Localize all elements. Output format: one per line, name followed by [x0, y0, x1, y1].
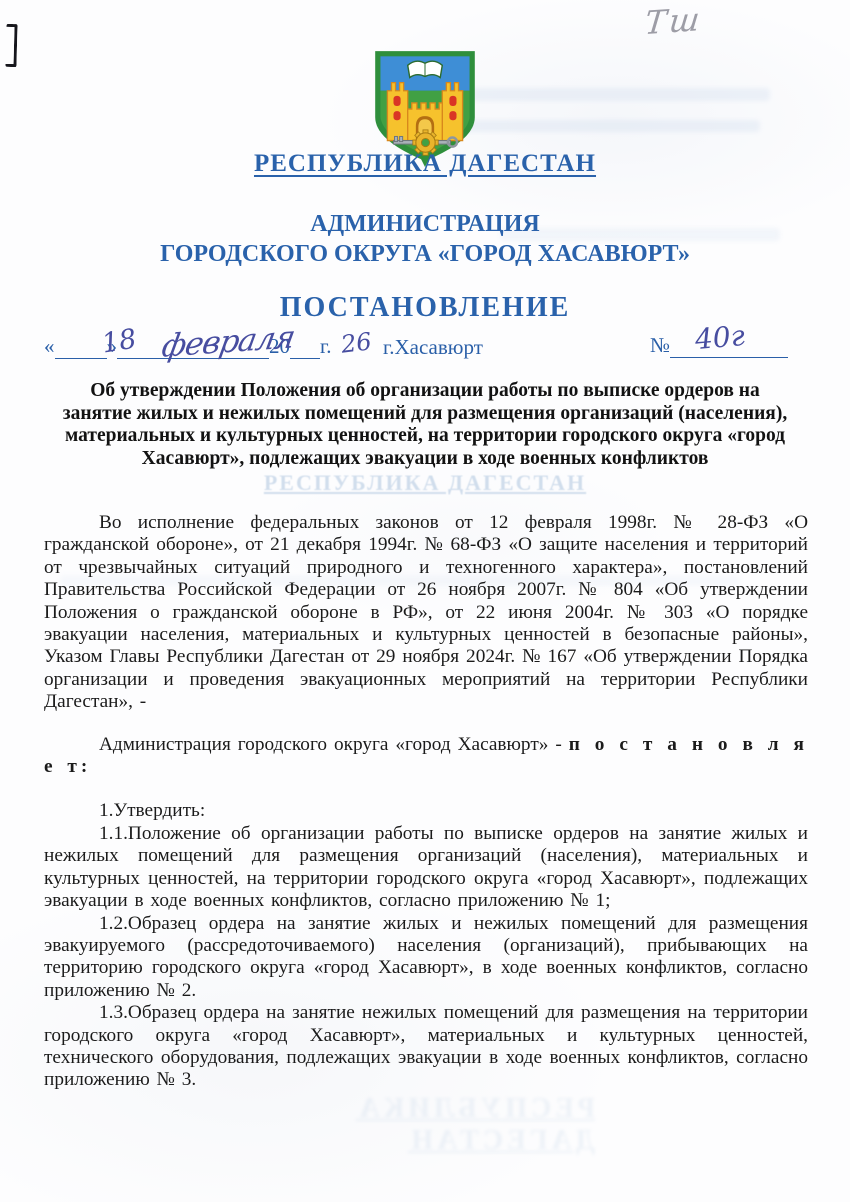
resolution-clause: Администрация городского округа «город Х…: [44, 734, 808, 779]
document-city: г.Хасавюрт: [383, 335, 483, 360]
item-approve: 1.Утвердить:: [44, 800, 808, 822]
date-year-underline: [290, 336, 320, 359]
letterhead-administration-line1: АДМИНИСТРАЦИЯ: [0, 211, 850, 238]
handwritten-number: 40г: [694, 319, 746, 356]
number-label: №: [650, 333, 670, 357]
resolution-prefix: Администрация городского округа «город Х…: [99, 734, 569, 755]
letterhead-republic-text: РЕСПУБЛИКА ДАГЕСТАН: [254, 150, 596, 177]
scanned-document-page: Тш РЕСПУБЛИКА ДАГЕСТАН РЕСПУБЛИКА ДАГЕСТ…: [0, 0, 850, 1202]
letterhead-republic: РЕСПУБЛИКА ДАГЕСТАН: [0, 150, 850, 178]
document-number-field: № 40г: [650, 333, 788, 358]
date-day-underline: [55, 336, 107, 359]
bleedthrough-smudge: [470, 88, 770, 101]
document-type-heading: ПОСТАНОВЛЕНИЕ: [0, 292, 850, 324]
pencil-annotation: Тш: [643, 0, 705, 42]
date-year-suffix: г.: [320, 334, 332, 358]
bleedthrough-ghost-text-bottom: РЕСПУБЛИКА ДАГЕСТАН: [255, 1093, 595, 1157]
letterhead-administration-line2: ГОРОДСКОГО ОКРУГА «ГОРОД ХАСАВЮРТ»: [0, 241, 850, 268]
handwritten-year: 26: [339, 327, 373, 359]
date-open-quote: «: [44, 334, 55, 358]
date-city-number-row: «»20г. 18 февраля 26 г.Хасавюрт № 40г: [0, 330, 850, 374]
document-title: Об утверждении Положения об организации …: [58, 380, 792, 470]
bleedthrough-ghost-text: РЕСПУБЛИКА ДАГЕСТАН: [0, 470, 850, 496]
date-field: «»20г. 18 февраля 26: [44, 334, 332, 359]
handwritten-day: 18: [100, 324, 139, 360]
document-body: Во исполнение федеральных законов от 12 …: [44, 512, 808, 1092]
item-1-1: 1.1.Положение об организации работы по в…: [44, 823, 808, 913]
preamble-paragraph: Во исполнение федеральных законов от 12 …: [44, 512, 808, 714]
item-1-3: 1.3.Образец ордера на занятие нежилых по…: [44, 1002, 808, 1092]
handwritten-month: февраля: [159, 319, 297, 365]
item-1-2: 1.2.Образец ордера на занятие жилых и не…: [44, 913, 808, 1003]
scan-corner-mark: [5, 24, 17, 67]
